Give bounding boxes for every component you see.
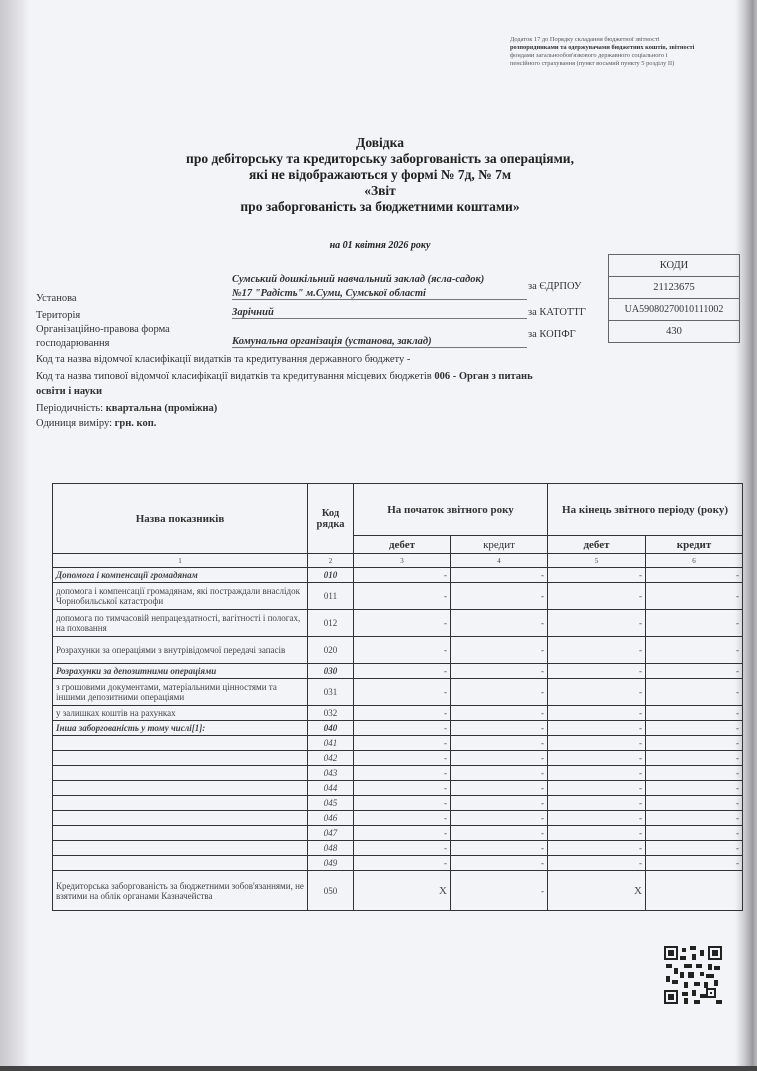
row-name: [53, 751, 308, 766]
appendix-line: Додаток 17 до Порядку складання бюджетно…: [510, 36, 742, 44]
header-end-debit: дебет: [548, 536, 646, 554]
row-value: -: [451, 721, 548, 736]
row-value: -: [646, 568, 743, 583]
table-row: допомога і компенсації громадянам, які п…: [53, 583, 743, 610]
row-value: [646, 871, 743, 911]
row-name: [53, 736, 308, 751]
territory-value: Зарічний: [232, 307, 527, 319]
row-value: -: [451, 664, 548, 679]
row-value: -: [646, 826, 743, 841]
periodicity-label: Періодичність:: [36, 403, 103, 414]
row-value: -: [354, 721, 451, 736]
row-value: -: [548, 637, 646, 664]
row-code: 041: [308, 736, 354, 751]
row-value: -: [646, 664, 743, 679]
row-code: 045: [308, 796, 354, 811]
row-code: 050: [308, 871, 354, 911]
row-value: -: [354, 766, 451, 781]
unit-value: грн. коп.: [115, 418, 157, 429]
kopfg-label: за КОПФГ: [528, 329, 576, 340]
row-name: допомога по тимчасовій непрацездатності,…: [53, 610, 308, 637]
row-name: [53, 766, 308, 781]
table-row: 041----: [53, 736, 743, 751]
row-value: -: [451, 796, 548, 811]
row-code: 046: [308, 811, 354, 826]
row-value: -: [646, 766, 743, 781]
row-value: -: [548, 751, 646, 766]
kopfg-value: 430: [609, 321, 740, 343]
row-value: -: [548, 811, 646, 826]
table-row: у залишках коштів на рахунках032----: [53, 706, 743, 721]
row-value: -: [354, 856, 451, 871]
row-value: -: [548, 841, 646, 856]
row-value: -: [354, 583, 451, 610]
row-value: -: [548, 568, 646, 583]
row-name: [53, 781, 308, 796]
row-code: 012: [308, 610, 354, 637]
row-name: у залишках коштів на рахунках: [53, 706, 308, 721]
row-name: допомога і компенсації громадянам, які п…: [53, 583, 308, 610]
institution-value-line1: Сумський дошкільний навчальний заклад (я…: [232, 274, 527, 285]
row-code: 049: [308, 856, 354, 871]
table-row: Розрахунки за депозитними операціями030-…: [53, 664, 743, 679]
row-name: Розрахунки за депозитними операціями: [53, 664, 308, 679]
column-number: 2: [308, 554, 354, 568]
local-budget-prefix: Код та назва типової відомчої класифікац…: [36, 371, 432, 382]
row-value: -: [354, 610, 451, 637]
row-value: -: [646, 721, 743, 736]
row-value: -: [646, 811, 743, 826]
title-line: які не відображаються у формі № 7д, № 7м: [120, 167, 640, 183]
row-value: -: [548, 583, 646, 610]
row-value: -: [451, 826, 548, 841]
row-value: -: [451, 856, 548, 871]
row-value: -: [646, 796, 743, 811]
table-row: 044----: [53, 781, 743, 796]
edrpou-value: 21123675: [609, 277, 740, 299]
org-form-value: Комунальна організація (установа, заклад…: [232, 336, 527, 348]
row-value: -: [451, 736, 548, 751]
row-value: -: [646, 679, 743, 706]
unit: Одиниця виміру: грн. коп.: [36, 418, 156, 429]
column-numbers-row: 123456: [53, 554, 743, 568]
row-value: -: [548, 796, 646, 811]
local-budget-classification: Код та назва типової відомчої класифікац…: [36, 371, 533, 382]
periodicity-value: квартальна (проміжна): [106, 403, 218, 414]
header-code: Код рядка: [308, 484, 354, 554]
row-code: 047: [308, 826, 354, 841]
edrpou-label: за ЄДРПОУ: [528, 281, 581, 292]
row-code: 020: [308, 637, 354, 664]
table-row: 047----: [53, 826, 743, 841]
appendix-line: пенсійного страхування (пункт восьмий пу…: [510, 60, 742, 68]
row-code: 043: [308, 766, 354, 781]
row-value: -: [646, 637, 743, 664]
table-row: 046----: [53, 811, 743, 826]
row-value: -: [646, 781, 743, 796]
row-value: -: [354, 811, 451, 826]
katottg-label: за КАТОТТГ: [528, 307, 586, 318]
row-value: -: [354, 841, 451, 856]
row-value: X: [548, 871, 646, 911]
periodicity: Періодичність: квартальна (проміжна): [36, 403, 217, 414]
row-name: Кредиторська заборгованість за бюджетним…: [53, 871, 308, 911]
row-value: -: [548, 721, 646, 736]
row-code: 030: [308, 664, 354, 679]
title-line: про дебіторську та кредиторську заборгов…: [120, 151, 640, 167]
table-row: 045----: [53, 796, 743, 811]
debt-table-body: 123456 Допомога і компенсації громадянам…: [53, 554, 743, 911]
row-code: 032: [308, 706, 354, 721]
row-value: -: [646, 610, 743, 637]
row-value: -: [354, 751, 451, 766]
row-value: -: [451, 871, 548, 911]
row-name: [53, 841, 308, 856]
debt-table: Назва показників Код рядка На початок зв…: [52, 483, 743, 911]
header-name: Назва показників: [53, 484, 308, 554]
table-row: Кредиторська заборгованість за бюджетним…: [53, 871, 743, 911]
row-value: -: [451, 610, 548, 637]
row-value: -: [354, 568, 451, 583]
row-value: -: [451, 841, 548, 856]
row-code: 031: [308, 679, 354, 706]
scan-edge-bottom: [0, 1066, 757, 1071]
row-value: -: [646, 856, 743, 871]
table-row: допомога по тимчасовій непрацездатності,…: [53, 610, 743, 637]
header-start: На початок звітного року: [354, 484, 548, 536]
row-value: -: [548, 781, 646, 796]
local-budget-value-cont: освіти і науки: [36, 386, 102, 397]
header-start-debit: дебет: [354, 536, 451, 554]
row-value: -: [548, 679, 646, 706]
table-row: з грошовими документами, матеріальними ц…: [53, 679, 743, 706]
table-row: 042----: [53, 751, 743, 766]
row-value: -: [451, 751, 548, 766]
row-value: -: [354, 679, 451, 706]
row-value: -: [646, 583, 743, 610]
document-title: Довідка про дебіторську та кредиторську …: [120, 135, 640, 215]
table-row: Розрахунки за операціями з внутрівідомчо…: [53, 637, 743, 664]
row-code: 040: [308, 721, 354, 736]
table-row: Інша заборгованість у тому числі[1]:040-…: [53, 721, 743, 736]
appendix-note: Додаток 17 до Порядку складання бюджетно…: [510, 36, 742, 68]
row-value: -: [451, 637, 548, 664]
row-value: -: [354, 637, 451, 664]
row-value: -: [548, 610, 646, 637]
report-date: на 01 квітня 2026 року: [200, 240, 560, 251]
unit-label: Одиниця виміру:: [36, 418, 112, 429]
header-end-credit: кредит: [646, 536, 743, 554]
row-value: -: [354, 706, 451, 721]
codes-table: КОДИ 21123675 UA59080270010111002 430: [608, 254, 740, 343]
row-name: [53, 796, 308, 811]
scan-shadow-left: [0, 0, 30, 1071]
title-line: «Звіт: [120, 183, 640, 199]
table-row: 049----: [53, 856, 743, 871]
institution-value-line2: №17 "Радість" м.Суми, Сумської області: [232, 288, 527, 300]
row-code: 011: [308, 583, 354, 610]
row-value: -: [451, 568, 548, 583]
table-row: 043----: [53, 766, 743, 781]
row-name: [53, 811, 308, 826]
qr-code-icon: [664, 946, 722, 1004]
row-code: 010: [308, 568, 354, 583]
row-code: 044: [308, 781, 354, 796]
row-value: -: [451, 679, 548, 706]
row-value: -: [451, 583, 548, 610]
row-code: 048: [308, 841, 354, 856]
row-value: -: [451, 706, 548, 721]
state-budget-classification: Код та назва відомчої класифікації видат…: [36, 354, 410, 365]
katottg-value: UA59080270010111002: [609, 299, 740, 321]
header-end: На кінець звітного періоду (року): [548, 484, 743, 536]
territory-label: Територія: [36, 310, 80, 321]
table-row: Допомога і компенсації громадянам010----: [53, 568, 743, 583]
row-name: Розрахунки за операціями з внутрівідомчо…: [53, 637, 308, 664]
table-row: 048----: [53, 841, 743, 856]
row-value: -: [354, 781, 451, 796]
local-budget-value: 006 - Орган з питань: [434, 371, 532, 382]
column-number: 1: [53, 554, 308, 568]
row-value: -: [451, 766, 548, 781]
row-value: -: [354, 796, 451, 811]
appendix-line: розпорядниками та одержувачами бюджетних…: [510, 44, 694, 51]
row-value: -: [354, 736, 451, 751]
title-line: Довідка: [120, 135, 640, 151]
row-name: Допомога і компенсації громадянам: [53, 568, 308, 583]
row-name: Інша заборгованість у тому числі[1]:: [53, 721, 308, 736]
row-value: -: [548, 826, 646, 841]
row-value: -: [354, 826, 451, 841]
row-value: X: [354, 871, 451, 911]
header-start-credit: кредит: [451, 536, 548, 554]
row-name: з грошовими документами, матеріальними ц…: [53, 679, 308, 706]
row-value: -: [548, 736, 646, 751]
org-form-label-line2: господарювання: [36, 338, 109, 349]
row-code: 042: [308, 751, 354, 766]
row-value: -: [646, 706, 743, 721]
row-value: -: [451, 811, 548, 826]
column-number: 3: [354, 554, 451, 568]
appendix-line: фондами загальнообов'язкового державного…: [510, 52, 742, 60]
row-value: -: [548, 664, 646, 679]
row-name: [53, 856, 308, 871]
title-line: про заборгованість за бюджетними коштами…: [120, 199, 640, 215]
column-number: 6: [646, 554, 743, 568]
row-value: -: [646, 736, 743, 751]
row-value: -: [548, 856, 646, 871]
row-name: [53, 826, 308, 841]
column-number: 5: [548, 554, 646, 568]
column-number: 4: [451, 554, 548, 568]
row-value: -: [548, 766, 646, 781]
row-value: -: [354, 664, 451, 679]
codes-header: КОДИ: [609, 255, 740, 277]
row-value: -: [548, 706, 646, 721]
row-value: -: [646, 841, 743, 856]
row-value: -: [646, 751, 743, 766]
org-form-label-line1: Організаційно-правова форма: [36, 324, 170, 335]
row-value: -: [451, 781, 548, 796]
institution-label: Установа: [36, 293, 77, 304]
